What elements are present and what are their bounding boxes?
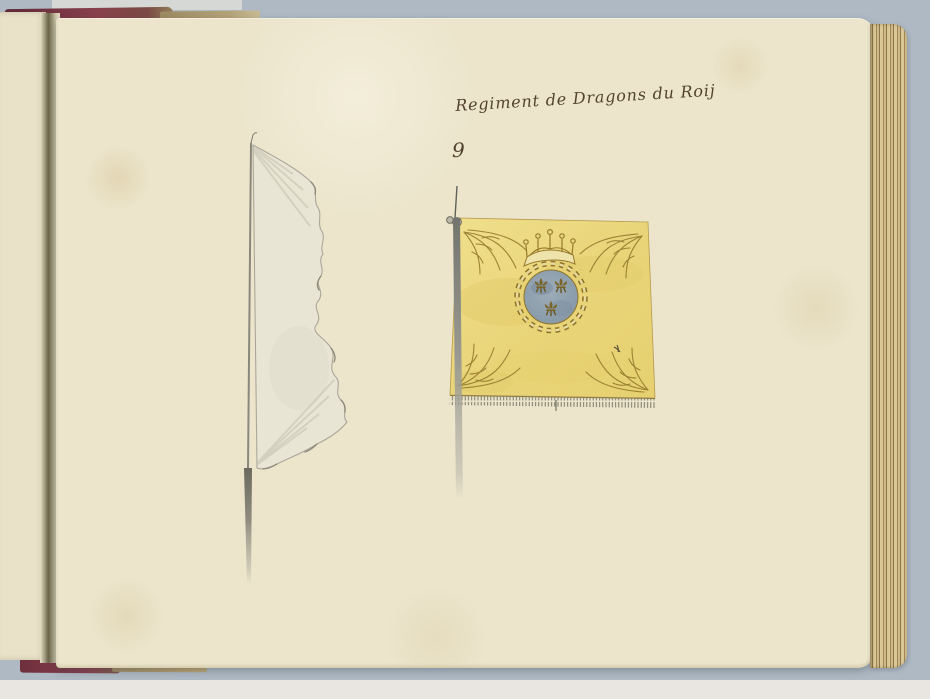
fringe [450,396,656,412]
yellow-standard-drawing [438,182,676,514]
sketch-flag-cloth [253,145,347,469]
scan-surface-strip-bottom [0,680,930,699]
digitized-album-photo: Regiment de Dragons du Roij 9 [0,0,930,699]
page-edge-stack [870,24,907,668]
page-number: 9 [452,138,465,162]
pencil-sketch-flag-drawing [213,128,391,596]
